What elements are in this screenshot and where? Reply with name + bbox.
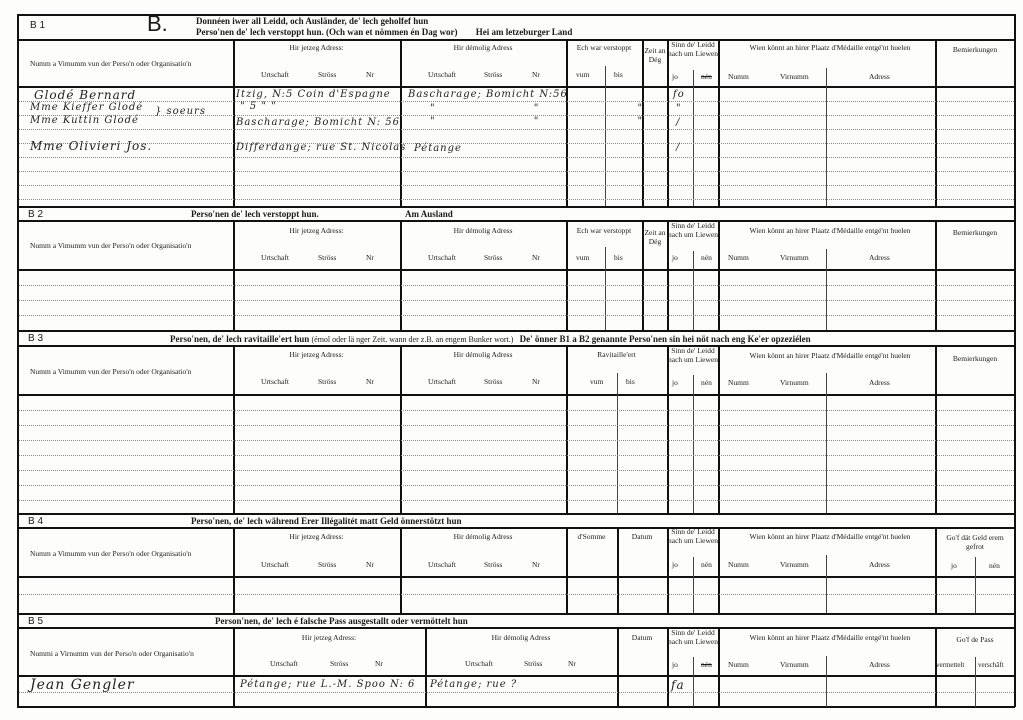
section-title-extra: De' önner B1 a B2 genannte Perso'nen sin…: [520, 334, 811, 344]
col-nr: Nr: [532, 561, 540, 570]
col-former-address: Hir démolig Adress: [400, 533, 566, 542]
col-stross: Ströss: [318, 254, 336, 263]
col-nr: Nr: [366, 561, 374, 570]
col-divider: [400, 220, 402, 330]
writing-line: [19, 300, 1014, 301]
col-divider: [718, 527, 720, 613]
col-urtschaft: Urtschaft: [261, 561, 289, 570]
section-title: Perso'nen, de' lech während Erer Illégal…: [191, 516, 461, 526]
col-divider: [826, 68, 827, 207]
rule: [17, 39, 1015, 41]
col-urtschaft: Urtschaft: [428, 378, 456, 387]
col-stross: Ströss: [484, 71, 502, 80]
col-numm: Numm: [728, 561, 749, 570]
rule: [17, 220, 1015, 222]
entry-current-address: Pétange; rue L.-M. Spoo N: 6: [240, 679, 415, 690]
col-adress: Adress: [869, 561, 890, 570]
col-divider: [718, 220, 720, 330]
col-sinn-de-leidd: Sinn de' Leidd nach um Liewen: [668, 629, 718, 646]
col-urtschaft: Urtschaft: [428, 254, 456, 263]
col-wien-medaille: Wien könnt an hirer Plaatz d'Médaille en…: [740, 634, 920, 643]
col-ravitaille-ert: Ravitaille'ert: [566, 351, 667, 360]
col-bis: bis: [626, 378, 635, 387]
col-nr: Nr: [366, 71, 374, 80]
col-adress: Adress: [869, 661, 890, 670]
entry-current-address: Bascharage; Bomicht N: 56: [236, 117, 400, 128]
col-numm: Numm: [728, 254, 749, 263]
col-divider: [693, 657, 694, 707]
col-divider: [935, 627, 937, 707]
writing-line: [19, 157, 1014, 158]
col-divider: [566, 220, 568, 330]
col-divider: [975, 657, 976, 707]
entry-name: Mme Kuttin Glodé: [30, 115, 139, 126]
col-current-address: Hir jetzeg Adress:: [233, 227, 400, 236]
rule: [17, 627, 1015, 629]
section-title: Perso'nen de' lech verstoppt hun.: [191, 209, 319, 219]
writing-line: [19, 410, 1014, 411]
col-stross: Ströss: [318, 378, 336, 387]
rule: [17, 675, 1015, 677]
col-sinn-de-leidd: Sinn de' Leidd nach um Liewen: [668, 41, 718, 58]
section-title: Perso'nen, de' lech ravitaille'ert hun (…: [170, 334, 811, 344]
col-verschaft: verschâft: [978, 661, 1004, 669]
section-title-extra: Hei am letzeburger Land: [476, 27, 573, 37]
col-vum: vum: [590, 378, 603, 387]
col-ech-war-verstoppt: Ech war verstoppt: [566, 227, 642, 236]
col-bemierkungen: Bemierkungen: [935, 229, 1015, 238]
col-divider: [667, 220, 669, 330]
section-title-line2: Perso'nen de' lech verstoppt hun. (Och w…: [196, 27, 572, 37]
col-nen: nén: [701, 379, 712, 388]
col-divider: [667, 627, 669, 707]
col-wien-medaille: Wien könnt an hirer Plaatz d'Médaille en…: [740, 44, 920, 53]
col-nr: Nr: [532, 71, 540, 80]
col-jo: jo: [951, 562, 957, 571]
col-gof-geld: Go'f dät Geld erem gefrot: [940, 534, 1010, 551]
writing-line: [19, 470, 1014, 471]
title-line2-text: Perso'nen de' lech verstoppt hun. (Och w…: [196, 27, 458, 37]
section-id: B 4: [28, 516, 43, 527]
col-former-address: Hir démolig Adress: [400, 227, 566, 236]
col-stross: Ströss: [484, 561, 502, 570]
writing-line: [19, 199, 1014, 200]
col-name-header: Numm a Vimumm vun der Perso'n oder Organ…: [30, 242, 191, 251]
col-divider: [233, 345, 235, 513]
col-virnumm: Virnumm: [780, 661, 809, 670]
col-divider: [233, 627, 235, 707]
col-bemierkungen: Bemierkungen: [935, 46, 1015, 55]
entry-current-address: Itzig, N:5 Coin d'Espagne: [236, 89, 391, 100]
col-stross: Ströss: [318, 561, 336, 570]
col-divider: [718, 39, 720, 207]
rule: [17, 206, 1015, 208]
entry-former-address: " " ": [430, 103, 690, 114]
col-name-header: Numm a Vimumm vun der Perso'n oder Organ…: [30, 550, 191, 559]
col-divider: [425, 627, 427, 707]
col-nr: Nr: [532, 254, 540, 263]
section-id: B 2: [28, 209, 43, 220]
writing-line: [19, 315, 1014, 316]
col-divider: [718, 345, 720, 513]
col-wien-medaille: Wien könnt an hirer Plaatz d'Médaille en…: [740, 227, 920, 236]
col-current-address: Hir jetzeg Adress:: [233, 44, 400, 53]
col-current-address: Hir jetzeg Adress:: [233, 634, 425, 643]
col-datum: Datum: [617, 533, 667, 542]
col-bis: bis: [614, 71, 623, 80]
col-stross: Ströss: [524, 660, 542, 669]
bracket-note: } soeurs: [155, 106, 206, 117]
col-vum: vum: [576, 254, 589, 263]
col-vum: vum: [576, 71, 589, 80]
col-jo: jo: [672, 73, 678, 82]
col-nen: nén: [701, 73, 712, 82]
col-nr: Nr: [366, 378, 374, 387]
col-zeit-an-deg: Zeit an Dég: [643, 229, 667, 246]
col-bis: bis: [614, 254, 623, 263]
entry-name: Glodé Bernard: [34, 88, 136, 102]
col-name-header: Numm a Vimumm vun der Perso'n oder Organ…: [30, 368, 191, 377]
writing-line: [19, 129, 1014, 130]
entry-name: Mme Olivieri Jos.: [30, 139, 152, 153]
col-jo: jo: [672, 661, 678, 670]
col-datum: Datum: [617, 634, 667, 643]
col-urtschaft: Urtschaft: [270, 660, 298, 669]
col-jo: jo: [672, 254, 678, 263]
writing-line: [19, 440, 1014, 441]
section-title-text: Perso'nen, de' lech ravitaille'ert hun: [170, 334, 309, 344]
col-divider: [667, 527, 669, 613]
col-stross: Ströss: [484, 378, 502, 387]
col-urtschaft: Urtschaft: [261, 254, 289, 263]
entry-former-address: Pétange: [414, 143, 462, 154]
writing-line: [19, 594, 1014, 595]
col-numm: Numm: [728, 379, 749, 388]
col-ech-war-verstoppt: Ech war verstoppt: [566, 44, 642, 53]
entry-jo-mark: fa: [671, 678, 685, 692]
col-adress: Adress: [869, 379, 890, 388]
col-urtschaft: Urtschaft: [261, 71, 289, 80]
col-divider: [826, 249, 827, 330]
col-nen: nén: [701, 254, 712, 263]
col-nen: nén: [989, 562, 1000, 571]
col-wien-medaille: Wien könnt an hirer Plaatz d'Médaille en…: [740, 533, 920, 542]
entry-former-address: Bascharage; Bomicht N:56: [408, 89, 568, 100]
col-stross: Ströss: [484, 254, 502, 263]
col-urtschaft: Urtschaft: [465, 660, 493, 669]
col-urtschaft: Urtschaft: [261, 378, 289, 387]
col-jo: jo: [672, 561, 678, 570]
col-divider: [617, 627, 619, 707]
col-former-address: Hir démolig Adress: [400, 351, 566, 360]
rule: [17, 86, 1015, 88]
col-divider: [935, 345, 937, 513]
col-divider: [233, 220, 235, 330]
col-nen: nén: [701, 661, 712, 670]
writing-line: [19, 185, 1014, 186]
col-nr: Nr: [568, 660, 576, 669]
rule: [17, 613, 1015, 615]
col-virnumm: Virnumm: [780, 73, 809, 82]
entry-jo-mark: /: [676, 142, 680, 153]
col-urtschaft: Urtschaft: [428, 561, 456, 570]
col-zeit-an-deg: Zeit an Dég: [643, 47, 667, 64]
col-divider: [642, 220, 644, 330]
entry-current-address: " 5 " ": [240, 101, 277, 112]
rule: [17, 513, 1015, 515]
col-numm: Numm: [728, 661, 749, 670]
col-divider: [605, 247, 606, 330]
col-sinn-de-leidd: Sinn de' Leidd nach um Liewen: [668, 222, 718, 239]
writing-line: [19, 485, 1014, 486]
col-divider: [826, 373, 827, 513]
rule: [17, 394, 1015, 396]
col-divider: [935, 39, 937, 207]
col-nr: Nr: [366, 254, 374, 263]
section-id: B 3: [28, 333, 43, 344]
section-title-paren: (émol oder lä nger Zeit. wann der z.B. a…: [311, 335, 513, 344]
col-divider: [566, 345, 568, 513]
col-current-address: Hir jetzeg Adress:: [233, 351, 400, 360]
writing-line: [19, 285, 1014, 286]
col-nen: nén: [701, 561, 712, 570]
col-bemierkungen: Bemierkungen: [935, 355, 1015, 364]
col-name-header: Numm a Vimumm vun der Perso'n oder Organ…: [30, 60, 191, 69]
rule: [17, 576, 1015, 578]
rule: [17, 345, 1015, 347]
col-divider: [400, 39, 402, 207]
col-numm: Numm: [728, 73, 749, 82]
col-stross: Ströss: [330, 660, 348, 669]
col-former-address: Hir démolig Adress: [425, 634, 617, 643]
col-divider: [667, 345, 669, 513]
entry-name: Mme Kieffer Glodé: [30, 102, 143, 113]
col-divider: [233, 527, 235, 613]
entry-former-address: " " ": [430, 116, 690, 127]
big-letter: B.: [147, 11, 168, 37]
writing-line: [19, 692, 1014, 693]
col-divider: [693, 375, 694, 513]
col-divider: [935, 527, 937, 613]
col-jo: jo: [672, 379, 678, 388]
writing-line: [19, 171, 1014, 172]
frame-left: [17, 14, 19, 707]
col-divider: [617, 527, 619, 613]
col-sinn-de-leidd: Sinn de' Leidd nach um Liewen: [668, 528, 718, 545]
section-title-extra: Am Ausland: [405, 209, 453, 219]
col-vermettelt: vermettelt: [936, 661, 964, 669]
col-divider: [826, 555, 827, 613]
writing-line: [19, 143, 1014, 144]
frame-bottom: [17, 706, 1015, 708]
rule: [17, 269, 1015, 271]
entry-jo-mark: fo: [673, 89, 685, 100]
writing-line: [19, 101, 1014, 102]
section-title: Person'nen, de' lech é falsche Pass ausg…: [215, 616, 468, 626]
entry-jo-mark: ": [676, 103, 682, 114]
col-divider: [693, 251, 694, 330]
col-nr: Nr: [375, 660, 383, 669]
col-name-header: Nummi a Virnumm vun der Perso'n oder Org…: [30, 650, 194, 659]
col-sinn-de-leidd: Sinn de' Leidd nach um Liewen: [668, 347, 718, 364]
col-somme: d'Somme: [566, 533, 617, 542]
writing-line: [19, 425, 1014, 426]
col-divider: [400, 527, 402, 613]
col-virnumm: Virnumm: [780, 561, 809, 570]
col-virnumm: Virnumm: [780, 254, 809, 263]
col-virnumm: Virnumm: [780, 379, 809, 388]
writing-line: [19, 500, 1014, 501]
section-id: B 5: [28, 616, 43, 627]
col-gof-pass: Go'f de Pass: [935, 636, 1015, 645]
col-adress: Adress: [869, 254, 890, 263]
col-divider: [718, 627, 720, 707]
col-divider: [400, 345, 402, 513]
entry-jo-mark: /: [676, 117, 680, 128]
col-divider: [826, 656, 827, 707]
entry-current-address: Differdange; rue St. Nicolas: [236, 142, 406, 153]
col-former-address: Hir démolig Adress: [400, 44, 566, 53]
col-divider: [693, 70, 694, 207]
section-title-line1: Donnéen iwer all Leidd, och Ausländer, d…: [196, 16, 428, 26]
entry-name: Jean Gengler: [30, 677, 135, 693]
col-wien-medaille: Wien könnt an hirer Plaatz d'Médaille en…: [740, 352, 920, 361]
section-id: B 1: [30, 20, 45, 31]
col-divider: [233, 39, 235, 207]
rule: [17, 330, 1015, 332]
writing-line: [19, 455, 1014, 456]
col-divider: [617, 373, 618, 513]
col-urtschaft: Urtschaft: [428, 71, 456, 80]
col-divider: [975, 557, 976, 613]
rule: [17, 527, 1015, 529]
col-divider: [693, 557, 694, 613]
col-stross: Ströss: [318, 71, 336, 80]
col-current-address: Hir jetzeg Adress:: [233, 533, 400, 542]
entry-former-address: Pétange; rue ?: [430, 679, 517, 690]
col-divider: [566, 527, 568, 613]
col-divider: [935, 220, 937, 330]
col-adress: Adress: [869, 73, 890, 82]
col-nr: Nr: [532, 378, 540, 387]
